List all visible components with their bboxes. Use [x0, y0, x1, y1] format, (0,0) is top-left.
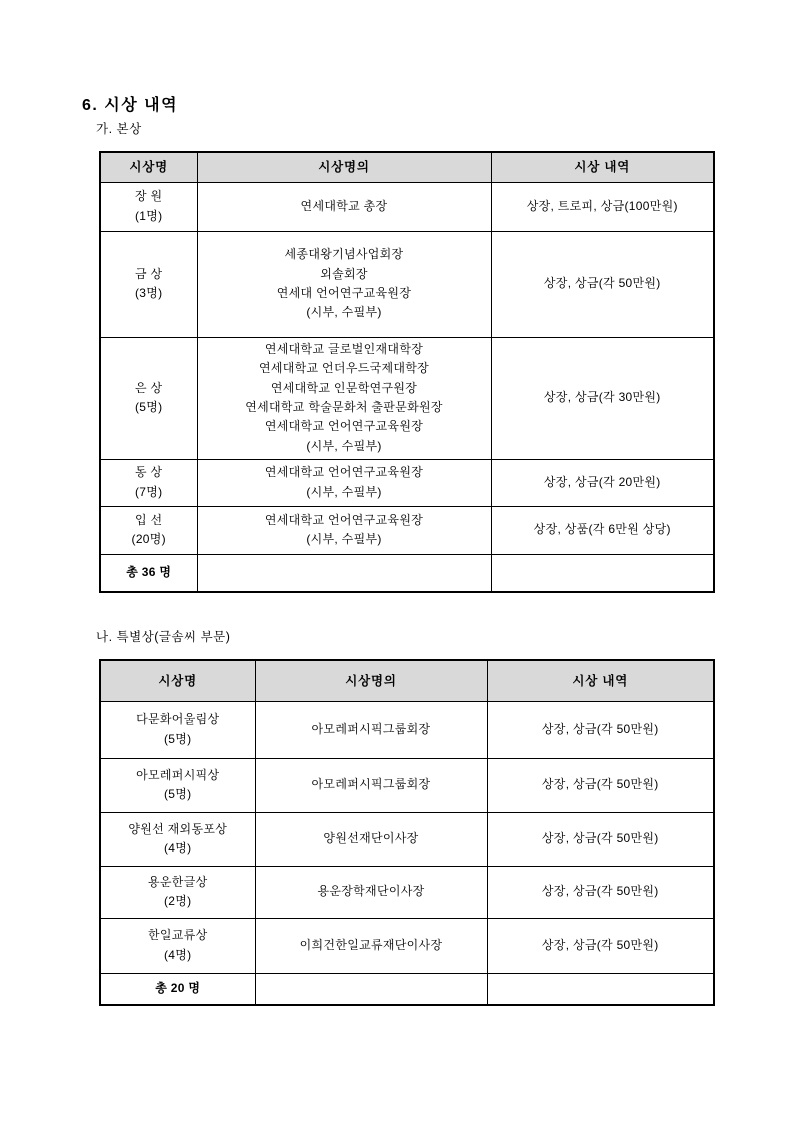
table-row: 양원선 재외동포상 (4명) 양원선재단이사장 상장, 상금(각 50만원): [100, 812, 714, 866]
total-count-cell: 총 36 명: [100, 554, 197, 592]
award-detail-cell: 상장, 상금(각 30만원): [491, 337, 714, 459]
total-row: 총 20 명: [100, 973, 714, 1005]
award-detail-cell: 상장, 상금(각 50만원): [487, 812, 714, 866]
award-authority-cell: 연세대학교 글로벌인재대학장 연세대학교 언더우드국제대학장 연세대학교 인문학…: [197, 337, 491, 459]
award-authority-cell: 연세대학교 언어연구교육원장 (시부, 수필부): [197, 506, 491, 554]
special-header-award-name: 시상명: [100, 660, 255, 701]
document-page: { "page": { "title": "6. 시상 내역", "sectio…: [0, 0, 793, 1121]
award-name-cell: 동 상 (7명): [100, 459, 197, 506]
main-header-award-name: 시상명: [100, 152, 197, 182]
award-detail-cell: 상장, 상금(각 20만원): [491, 459, 714, 506]
main-header-awarding-authority: 시상명의: [197, 152, 491, 182]
empty-cell: [487, 973, 714, 1005]
award-authority-cell: 연세대학교 총장: [197, 182, 491, 231]
main-header-award-detail: 시상 내역: [491, 152, 714, 182]
special-award-table: 시상명 시상명의 시상 내역 다문화어울림상 (5명) 아모레퍼시픽그룹회장 상…: [99, 659, 715, 1006]
award-detail-cell: 상장, 상품(각 6만원 상당): [491, 506, 714, 554]
table-row: 다문화어울림상 (5명) 아모레퍼시픽그룹회장 상장, 상금(각 50만원): [100, 701, 714, 758]
award-authority-cell: 이희건한일교류재단이사장: [255, 918, 487, 973]
table-row: 금 상 (3명) 세종대왕기념사업회장 외솔회장 연세대 언어연구교육원장 (시…: [100, 231, 714, 337]
table-row: 입 선 (20명) 연세대학교 언어연구교육원장 (시부, 수필부) 상장, 상…: [100, 506, 714, 554]
award-name-cell: 입 선 (20명): [100, 506, 197, 554]
award-authority-cell: 세종대왕기념사업회장 외솔회장 연세대 언어연구교육원장 (시부, 수필부): [197, 231, 491, 337]
empty-cell: [491, 554, 714, 592]
section-a-label: 가. 본상: [96, 119, 142, 137]
main-award-table: 시상명 시상명의 시상 내역 장 원 (1명) 연세대학교 총장 상장, 트로피…: [99, 151, 715, 593]
special-header-awarding-authority: 시상명의: [255, 660, 487, 701]
table-row: 한일교류상 (4명) 이희건한일교류재단이사장 상장, 상금(각 50만원): [100, 918, 714, 973]
award-detail-cell: 상장, 트로피, 상금(100만원): [491, 182, 714, 231]
section-b-label: 나. 특별상(글솜씨 부문): [96, 627, 230, 645]
empty-cell: [197, 554, 491, 592]
main-table-header-row: 시상명 시상명의 시상 내역: [100, 152, 714, 182]
page-title: 6. 시상 내역: [82, 92, 178, 115]
table-row: 동 상 (7명) 연세대학교 언어연구교육원장 (시부, 수필부) 상장, 상금…: [100, 459, 714, 506]
empty-cell: [255, 973, 487, 1005]
award-authority-cell: 용운장학재단이사장: [255, 866, 487, 918]
table-row: 장 원 (1명) 연세대학교 총장 상장, 트로피, 상금(100만원): [100, 182, 714, 231]
total-count-cell: 총 20 명: [100, 973, 255, 1005]
award-name-cell: 용운한글상 (2명): [100, 866, 255, 918]
award-authority-cell: 연세대학교 언어연구교육원장 (시부, 수필부): [197, 459, 491, 506]
award-detail-cell: 상장, 상금(각 50만원): [491, 231, 714, 337]
award-name-cell: 한일교류상 (4명): [100, 918, 255, 973]
table-row: 은 상 (5명) 연세대학교 글로벌인재대학장 연세대학교 언더우드국제대학장 …: [100, 337, 714, 459]
award-name-cell: 은 상 (5명): [100, 337, 197, 459]
award-detail-cell: 상장, 상금(각 50만원): [487, 758, 714, 812]
special-header-award-detail: 시상 내역: [487, 660, 714, 701]
award-name-cell: 금 상 (3명): [100, 231, 197, 337]
award-detail-cell: 상장, 상금(각 50만원): [487, 701, 714, 758]
award-name-cell: 아모레퍼시픽상 (5명): [100, 758, 255, 812]
award-name-cell: 장 원 (1명): [100, 182, 197, 231]
table-row: 용운한글상 (2명) 용운장학재단이사장 상장, 상금(각 50만원): [100, 866, 714, 918]
award-detail-cell: 상장, 상금(각 50만원): [487, 866, 714, 918]
award-authority-cell: 아모레퍼시픽그룹회장: [255, 758, 487, 812]
special-table-header-row: 시상명 시상명의 시상 내역: [100, 660, 714, 701]
total-row: 총 36 명: [100, 554, 714, 592]
award-name-cell: 양원선 재외동포상 (4명): [100, 812, 255, 866]
award-authority-cell: 양원선재단이사장: [255, 812, 487, 866]
award-name-cell: 다문화어울림상 (5명): [100, 701, 255, 758]
award-detail-cell: 상장, 상금(각 50만원): [487, 918, 714, 973]
award-authority-cell: 아모레퍼시픽그룹회장: [255, 701, 487, 758]
table-row: 아모레퍼시픽상 (5명) 아모레퍼시픽그룹회장 상장, 상금(각 50만원): [100, 758, 714, 812]
